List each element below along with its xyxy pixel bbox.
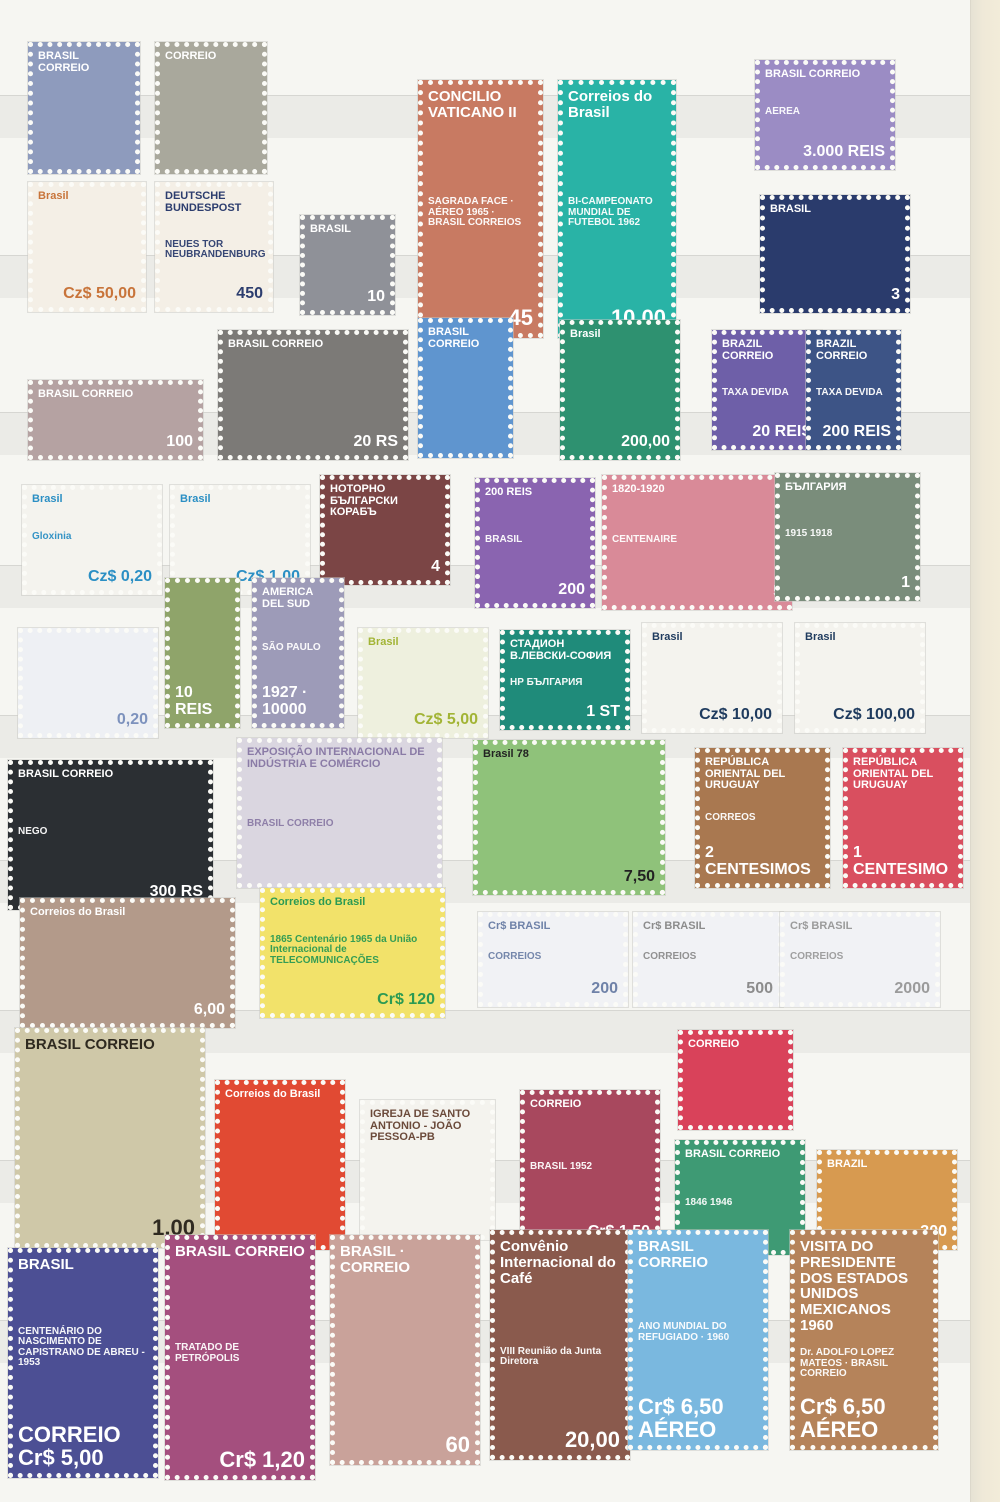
stamp-denomination: 10	[367, 289, 385, 306]
stamp-inscription: BRASIL	[770, 204, 900, 216]
stamp-inscription: 1820-1920	[612, 484, 782, 496]
stamp-subtext: BI-CAMPEONATO MUNDIAL DE FUTEBOL 1962	[568, 197, 666, 229]
stamp-inscription: BRASIL CORREIO	[428, 327, 503, 350]
stamp-denomination: 6,00	[194, 1002, 225, 1019]
stamp-inscription: BRAZIL CORREIO	[722, 339, 812, 362]
stamp-inscription: Brasil	[32, 494, 152, 506]
stamp-subtext: CENTENAIRE	[612, 535, 782, 546]
stamp-inscription: Cr$ BRASIL	[488, 921, 618, 933]
stamp-subtext: CORREIOS	[790, 952, 930, 963]
stamp-inscription: Cr$ BRASIL	[643, 921, 773, 933]
stamp-denomination: 200	[558, 582, 585, 599]
stamp-inscription: Brasil	[805, 632, 915, 644]
stamp-denomination: Cz$ 10,00	[699, 707, 772, 724]
stamp-denomination: 60	[446, 1433, 470, 1456]
stamp-inscription: CONCILIO VATICANO II	[428, 89, 533, 121]
stamp-brasil: BRASIL CORREIO1,00	[15, 1028, 205, 1248]
stamp-brasil: Convênio Internacional do CaféVIII Reuni…	[490, 1230, 630, 1460]
stamp-inscription: Cr$ BRASIL	[790, 921, 930, 933]
stamp-denomination: 1927 · 10000	[262, 685, 334, 719]
stamp-brasil: BRASIL CORREIO	[28, 42, 140, 174]
stamp-inscription: REPÚBLICA ORIENTAL DEL URUGUAY	[705, 757, 820, 792]
stamp-brasil: Correios do Brasil	[215, 1080, 345, 1250]
stamp-subtext: НР БЪЛГАРИЯ	[510, 678, 620, 689]
stamp-brazil: BRAZIL CORREIOTAXA DEVIDA200 REIS	[806, 330, 901, 450]
stamp-deutschland: DEUTSCHE BUNDESPOSTNEUES TOR NEUBRANDENB…	[155, 182, 273, 312]
stamp-brasil: 0,20	[18, 628, 158, 738]
stamp-subtext: SÃO PAULO	[262, 643, 334, 654]
stamp-denomination: 200 REIS	[823, 424, 891, 441]
stamp-inscription: BRASIL CORREIO	[25, 1037, 195, 1053]
stamp-brasil: CORREIO	[155, 42, 267, 174]
stamp-inscription: BRASIL CORREIO	[228, 339, 398, 351]
stamp-brasil: BRASIL CORREIO100	[28, 380, 203, 460]
stamp-inscription: EXPOSIÇÃO INTERNACIONAL DE INDÚSTRIA E C…	[247, 747, 432, 770]
stamp-inscription: BRASIL CORREIO	[18, 769, 203, 781]
stamp-subtext: TAXA DEVIDA	[722, 388, 812, 399]
stamp-brasil: BrasilCz$ 100,00	[795, 623, 925, 733]
stamp-subtext: CORREIOS	[488, 952, 618, 963]
stamp-subtext: NEUES TOR NEUBRANDENBURG	[165, 240, 263, 261]
stamp-brasil: EXPOSIÇÃO INTERNACIONAL DE INDÚSTRIA E C…	[237, 738, 442, 888]
stamp-brasil: CORREIO	[678, 1030, 793, 1130]
stamp-inscription: BRASIL CORREIO	[38, 389, 193, 401]
album-binding	[970, 0, 1000, 1502]
stamp-denomination: 1 CENTESIMO	[853, 845, 953, 879]
stamp-brasil: 10 REIS	[165, 578, 240, 728]
stamp-denomination: Cz$ 0,20	[88, 569, 152, 586]
stamp-denomination: 200	[591, 981, 618, 998]
stamp-brasil: BRASIL · CORREIO60	[330, 1235, 480, 1465]
stamp-denomination: 0,20	[117, 712, 148, 729]
stamp-brasil: BRASIL CORREIONEGO300 RS	[8, 760, 213, 910]
stamp-denomination: 3.000 REIS	[803, 144, 885, 161]
stamp-inscription: CORREIO	[530, 1099, 650, 1111]
stamp-denomination: 4	[431, 559, 440, 576]
stamp-brasil: Correios do BrasilBI-CAMPEONATO MUNDIAL …	[558, 80, 676, 338]
stamp-brasil: BrasilCz$ 10,00	[642, 623, 782, 733]
stamp-denomination: 20 RS	[354, 434, 398, 451]
stamp-inscription: BRASIL CORREIO	[638, 1239, 758, 1271]
stamp-subtext: SAGRADA FACE · AÉREO 1965 · BRASIL CORRE…	[428, 197, 533, 229]
stamp-brasil: Cr$ BRASILCORREIOS2000	[780, 912, 940, 1007]
stamp-brasil: AMERICA DEL SUDSÃO PAULO1927 · 10000	[252, 578, 344, 728]
stamp-denomination: 10 REIS	[175, 685, 230, 719]
stamp-uruguay: REPÚBLICA ORIENTAL DEL URUGUAYCORREOS2 C…	[695, 748, 830, 888]
stamp-denomination: Cz$ 100,00	[833, 707, 915, 724]
stamp-denomination: 450	[236, 286, 263, 303]
stamp-denomination: 100	[166, 434, 193, 451]
stamp-inscription: БЪЛГАРИЯ	[785, 482, 910, 494]
stamp-inscription: BRASIL · CORREIO	[340, 1244, 470, 1276]
stamp-denomination: 20 REIS	[752, 424, 812, 441]
stamp-brasil: IGREJA DE SANTO ANTONIO - JOÃO PESSOA-PB	[360, 1100, 495, 1240]
stamp-brasil: Cr$ BRASILCORREIOS200	[478, 912, 628, 1007]
stamp-subtext: TAXA DEVIDA	[816, 388, 891, 399]
stamp-inscription: BRAZIL	[827, 1159, 947, 1171]
stamp-brasil: BRASIL CORREIO	[418, 318, 513, 458]
stamp-subtext: CORREIOS	[643, 952, 773, 963]
stamp-inscription: Correios do Brasil	[30, 907, 225, 919]
stamp-inscription: Brasil	[570, 329, 670, 341]
stamp-inscription: BRASIL CORREIO	[38, 51, 130, 74]
stamp-inscription: CORREIO	[165, 51, 257, 63]
stamp-subtext: Gloxinia	[32, 532, 152, 543]
stamp-inscription: BRASIL CORREIO	[175, 1244, 305, 1260]
stamp-brasil: BRASIL CORREIOANO MUNDIAL DO REFUGIADO ·…	[628, 1230, 768, 1450]
stamp-denomination: 20,00	[565, 1428, 620, 1451]
stamp-subtext: BRASIL	[485, 535, 585, 546]
stamp-subtext: 1865 Centenário 1965 da União Internacio…	[270, 935, 435, 967]
stamp-inscription: VISITA DO PRESIDENTE DOS ESTADOS UNIDOS …	[800, 1239, 928, 1334]
stamp-brasil: BRASIL3	[760, 195, 910, 313]
stamp-denomination: Cr$ 6,50 AÉREO	[638, 1395, 758, 1441]
stamp-brasil: Brasil200,00	[560, 320, 680, 460]
stamp-subtext: VIII Reunião da Junta Diretora	[500, 1347, 620, 1368]
stamp-brasil: Brasil 787,50	[473, 740, 665, 895]
stamp-denomination: 7,50	[624, 869, 655, 886]
stamp-brasil: BRASILCENTENÁRIO DO NASCIMENTO DE CAPIST…	[8, 1248, 158, 1478]
stamp-denomination: 3	[891, 287, 900, 304]
stamp-inscription: Brasil	[180, 494, 300, 506]
stamp-denomination: 200,00	[621, 434, 670, 451]
stamp-denomination: CORREIO Cr$ 5,00	[18, 1423, 148, 1469]
stamp-inscription: DEUTSCHE BUNDESPOST	[165, 191, 263, 214]
stamp-inscription: REPÚBLICA ORIENTAL DEL URUGUAY	[853, 757, 953, 792]
stamp-denomination: Cr$ 120	[377, 992, 435, 1009]
stamp-inscription: BRASIL	[310, 224, 385, 236]
stamp-inscription: BRASIL CORREIO	[765, 69, 885, 81]
stamp-bulgaria: СТАДИОН В.ЛЕВСКИ-СОФИЯНР БЪЛГАРИЯ1 ST	[500, 630, 630, 730]
stamp-inscription: Brasil 78	[483, 749, 655, 761]
stamp-inscription: AMERICA DEL SUD	[262, 587, 334, 610]
stamp-denomination: Cz$ 50,00	[63, 286, 136, 303]
stamp-bulgaria: НОТОРНО БЪЛГАРСКИ КОРАБЪ4	[320, 475, 450, 585]
stamp-inscription: Brasil	[652, 632, 772, 644]
stamp-brasil: Correios do Brasil1865 Centenário 1965 d…	[260, 888, 445, 1018]
stamp-subtext: 1915 1918	[785, 529, 910, 540]
stamp-inscription: BRASIL CORREIO	[685, 1149, 795, 1161]
stamp-brasil: BrasilCz$ 50,00	[28, 182, 146, 312]
stamp-inscription: Correios do Brasil	[225, 1089, 335, 1101]
stamp-brasil: BRASIL CORREIO20 RS	[218, 330, 408, 460]
stamp-bulgaria: 1820-1920CENTENAIRE5	[602, 475, 792, 610]
stamp-inscription: НОТОРНО БЪЛГАРСКИ КОРАБЪ	[330, 484, 440, 519]
stamp-denomination: 500	[746, 981, 773, 998]
stamp-subtext: BRASIL 1952	[530, 1162, 650, 1173]
stamp-brasil: BRASIL CORREIOTRATADO DE PETRÓPOLISCr$ 1…	[165, 1235, 315, 1480]
stamp-denomination: Cz$ 5,00	[414, 712, 478, 729]
stamp-bulgaria: БЪЛГАРИЯ1915 19181	[775, 473, 920, 601]
stamp-inscription: Correios do Brasil	[568, 89, 666, 121]
stamp-subtext: TRATADO DE PETRÓPOLIS	[175, 1343, 305, 1364]
stamp-inscription: BRAZIL CORREIO	[816, 339, 891, 362]
stamp-subtext: NEGO	[18, 827, 203, 838]
stamp-inscription: Convênio Internacional do Café	[500, 1239, 620, 1286]
stamp-brasil: BrasilCz$ 5,00	[358, 628, 488, 738]
stamp-brasil: BrasilGloxiniaCz$ 0,20	[22, 485, 162, 595]
stamp-brasil: Cr$ BRASILCORREIOS500	[633, 912, 783, 1007]
stamp-denomination: 1	[901, 575, 910, 592]
stamp-brasil: VISITA DO PRESIDENTE DOS ESTADOS UNIDOS …	[790, 1230, 938, 1450]
stamp-inscription: IGREJA DE SANTO ANTONIO - JOÃO PESSOA-PB	[370, 1109, 485, 1144]
stamp-subtext: ANO MUNDIAL DO REFUGIADO · 1960	[638, 1322, 758, 1343]
stamp-denomination: 1 ST	[586, 704, 620, 721]
stamp-brasil: Correios do Brasil6,00	[20, 898, 235, 1028]
stamp-denomination: 2000	[894, 981, 930, 998]
stamp-subtext: CORREOS	[705, 813, 820, 824]
stamp-inscription: СТАДИОН В.ЛЕВСКИ-СОФИЯ	[510, 639, 620, 662]
stamp-brasil: BRASIL CORREIOAEREA3.000 REIS	[755, 60, 895, 170]
stamp-inscription: BRASIL	[18, 1257, 148, 1273]
stamp-subtext: BRASIL CORREIO	[247, 819, 432, 830]
stamp-brasil: 200 REISBRASIL200	[475, 478, 595, 608]
stamp-subtext: AEREA	[765, 107, 885, 118]
stamp-denomination: Cr$ 6,50 AÉREO	[800, 1395, 928, 1441]
stamp-subtext: CENTENÁRIO DO NASCIMENTO DE CAPISTRANO D…	[18, 1327, 148, 1369]
stamp-brasil: CORREIOBRASIL 1952Cr$ 1,50	[520, 1090, 660, 1250]
stamp-inscription: 200 REIS	[485, 487, 585, 499]
stamp-inscription: Brasil	[38, 191, 136, 203]
stamp-brasil: CONCILIO VATICANO IISAGRADA FACE · AÉREO…	[418, 80, 543, 338]
stamp-inscription: Brasil	[368, 637, 478, 649]
stamp-inscription: Correios do Brasil	[270, 897, 435, 909]
stamp-inscription: CORREIO	[688, 1039, 783, 1051]
stamp-subtext: Dr. ADOLFO LOPEZ MATEOS · BRASIL CORREIO	[800, 1348, 928, 1380]
stamp-subtext: 1846 1946	[685, 1198, 795, 1209]
stamp-denomination: 2 CENTESIMOS	[705, 845, 820, 879]
stamp-denomination: Cr$ 1,20	[219, 1448, 305, 1471]
stamp-brasil: BRASIL10	[300, 215, 395, 315]
stamp-uruguay: REPÚBLICA ORIENTAL DEL URUGUAY1 CENTESIM…	[843, 748, 963, 888]
